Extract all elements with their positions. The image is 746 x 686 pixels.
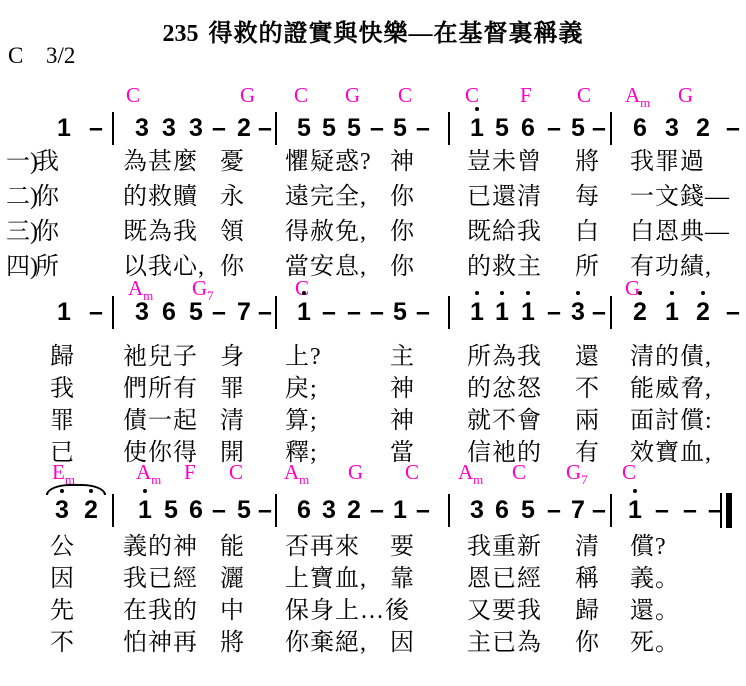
lyric-cell: 清 xyxy=(220,407,245,435)
barline xyxy=(112,296,114,329)
octave-dot xyxy=(701,291,705,295)
lyric-cell: 要 xyxy=(390,533,415,561)
duration-dash: – xyxy=(547,298,561,326)
lyric-cell: 我罪過 xyxy=(630,148,705,176)
duration-dash: – xyxy=(212,496,226,524)
chord-label: G xyxy=(348,461,363,483)
note: 7 xyxy=(571,496,585,524)
chord-label: Em xyxy=(52,461,75,483)
dash-glyph: – xyxy=(212,496,226,524)
chord-label: C xyxy=(229,461,243,483)
lyric-cell: 得赦免, xyxy=(285,218,367,246)
duration-dash: – xyxy=(592,298,606,326)
lyric-cell: 否再來 xyxy=(285,533,360,561)
chord-subscript: m xyxy=(473,472,483,487)
note-digit: 1 xyxy=(470,298,484,326)
chord-label: Am xyxy=(458,461,483,483)
note-digit: 3 xyxy=(665,114,679,142)
dash-glyph: – xyxy=(726,114,740,142)
chord-subscript: m xyxy=(151,472,161,487)
chord-label: C xyxy=(622,461,636,483)
chord-label: Am xyxy=(284,461,309,483)
note: 3 xyxy=(322,496,336,524)
dash-glyph: – xyxy=(212,114,226,142)
lyric-cell: 我已經 xyxy=(123,565,198,593)
note-digit: 2 xyxy=(633,298,647,326)
octave-dot xyxy=(60,489,64,493)
lyric-cell: 義的神 xyxy=(123,533,198,561)
note-digit: 5 xyxy=(393,298,407,326)
note-digit: 1 xyxy=(57,298,71,326)
lyric-cell: 你 xyxy=(575,629,600,657)
note: 3 xyxy=(55,496,69,524)
note: 1 xyxy=(470,114,484,142)
note-digit: 2 xyxy=(696,298,710,326)
note-digit: 6 xyxy=(521,114,535,142)
barline xyxy=(275,494,277,527)
note-digit: 7 xyxy=(237,298,251,326)
octave-dot xyxy=(89,489,93,493)
note-digit: 1 xyxy=(665,298,679,326)
lyric-cell: 效寶血, xyxy=(630,439,712,467)
verse-label: 二) xyxy=(6,183,35,211)
chord-label: F xyxy=(520,84,532,106)
duration-dash: – xyxy=(322,298,336,326)
chord-label: G xyxy=(240,84,255,106)
lyric-cell: 債一起 xyxy=(123,407,198,435)
lyric-first-syllable: 三)你 xyxy=(6,218,60,246)
dash-glyph: – xyxy=(655,496,669,524)
dash-glyph: – xyxy=(347,298,361,326)
note: 3 xyxy=(162,114,176,142)
note: 5 xyxy=(347,114,361,142)
chord-label: G xyxy=(345,84,360,106)
lyric-first-syllable: 二)你 xyxy=(6,183,60,211)
lyric-cell: 你棄絕, xyxy=(285,629,367,657)
dash-glyph: – xyxy=(212,298,226,326)
note-digit: 1 xyxy=(521,298,535,326)
dash-glyph: – xyxy=(370,496,384,524)
duration-dash: – xyxy=(89,114,103,142)
duration-dash: – xyxy=(655,496,669,524)
lyric-first-syllable: 歸 xyxy=(50,343,75,371)
lyric-cell: 豈未曾 xyxy=(467,148,542,176)
lyric-cell: 永 xyxy=(220,183,245,211)
lyric-cell: 既為我 xyxy=(123,218,198,246)
barline xyxy=(610,296,612,329)
lyric-cell: 有功績, xyxy=(630,253,712,281)
hymn-sheet: 235得救的證實與快樂—在基督裏稱義 C 3/2 CGCGCCFCAmG1–33… xyxy=(0,0,746,686)
note-digit: 3 xyxy=(189,114,203,142)
lyric-cell: 清 xyxy=(575,533,600,561)
octave-dot xyxy=(633,489,637,493)
dash-glyph: – xyxy=(726,298,740,326)
lyric-cell: 每 xyxy=(575,183,600,211)
lyric-cell: 遠完全, xyxy=(285,183,367,211)
lyric-cell: 不 xyxy=(575,375,600,403)
note-digit: 5 xyxy=(521,496,535,524)
lyric-cell: 因 xyxy=(390,629,415,657)
dash-glyph: – xyxy=(416,298,430,326)
barline xyxy=(610,112,612,145)
chord-label: G xyxy=(625,277,640,299)
dash-glyph: – xyxy=(258,496,272,524)
duration-dash: – xyxy=(212,298,226,326)
chord-label: Am xyxy=(128,277,153,299)
lyric-cell: 白 xyxy=(575,218,600,246)
note-digit: 5 xyxy=(297,114,311,142)
dash-glyph: – xyxy=(370,114,384,142)
note-digit: 5 xyxy=(164,496,178,524)
octave-dot xyxy=(500,291,504,295)
note-digit: 5 xyxy=(237,496,251,524)
barline xyxy=(275,112,277,145)
chord-label: C xyxy=(294,84,308,106)
note: 5 xyxy=(237,496,251,524)
chord-label: Am xyxy=(625,84,650,106)
note-digit: 1 xyxy=(138,496,152,524)
note: 5 xyxy=(495,114,509,142)
tie-slur xyxy=(46,484,106,495)
note: 3 xyxy=(189,114,203,142)
duration-dash: – xyxy=(416,114,430,142)
note: 6 xyxy=(297,496,311,524)
lyric-first-syllable: 不 xyxy=(50,629,75,657)
lyric-cell: 們所有 xyxy=(123,375,198,403)
duration-dash: – xyxy=(592,114,606,142)
note-digit: 5 xyxy=(189,298,203,326)
lyric-cell: 為甚麼 xyxy=(123,148,198,176)
lyric-cell: 神 xyxy=(390,148,415,176)
dash-glyph: – xyxy=(322,298,336,326)
lyric-cell: 就不會 xyxy=(467,407,542,435)
note: 1 xyxy=(665,298,679,326)
time-signature: 3/2 xyxy=(46,43,75,69)
lyric-cell: 恩已經 xyxy=(467,565,542,593)
lyric-first-syllable: 先 xyxy=(50,597,75,625)
duration-dash: – xyxy=(89,298,103,326)
note: 1 xyxy=(495,298,509,326)
lyric-cell: 將 xyxy=(575,148,600,176)
octave-dot xyxy=(576,291,580,295)
note-digit: 3 xyxy=(470,496,484,524)
dash-glyph: – xyxy=(370,298,384,326)
lyric-cell: 能威脅, xyxy=(630,375,712,403)
note: 1 xyxy=(297,298,311,326)
note: 6 xyxy=(633,114,647,142)
note-digit: 1 xyxy=(297,298,311,326)
hymn-title-text: 得救的證實與快樂—在基督裏稱義 xyxy=(209,21,584,47)
note-digit: 5 xyxy=(347,114,361,142)
lyric-first-syllable: 罪 xyxy=(50,407,75,435)
octave-dot xyxy=(638,291,642,295)
lyric-cell: 罪 xyxy=(220,375,245,403)
note: 3 xyxy=(470,496,484,524)
note-digit: 2 xyxy=(237,114,251,142)
dash-glyph: – xyxy=(416,496,430,524)
note: 5 xyxy=(164,496,178,524)
lyric-first-syllable: 我 xyxy=(50,375,75,403)
note-digit: 6 xyxy=(162,298,176,326)
note-digit: 2 xyxy=(696,114,710,142)
dash-glyph: – xyxy=(89,114,103,142)
dash-glyph: – xyxy=(592,114,606,142)
note-digit: 3 xyxy=(162,114,176,142)
note: 6 xyxy=(521,114,535,142)
note: 2 xyxy=(633,298,647,326)
note: 2 xyxy=(84,496,98,524)
note: 1 xyxy=(628,496,642,524)
final-barline-thick xyxy=(726,493,732,528)
lyric-cell: 還 xyxy=(575,343,600,371)
chord-label: G7 xyxy=(192,277,214,299)
lyric-first-syllable: 因 xyxy=(50,565,75,593)
note: 7 xyxy=(237,298,251,326)
note: 3 xyxy=(135,298,149,326)
dash-glyph: – xyxy=(592,496,606,524)
chord-label: C xyxy=(398,84,412,106)
note-digit: 6 xyxy=(297,496,311,524)
note-digit: 1 xyxy=(470,114,484,142)
note-digit: 6 xyxy=(495,496,509,524)
lyric-cell: 主已為 xyxy=(467,629,542,657)
note-digit: 6 xyxy=(633,114,647,142)
dash-glyph: – xyxy=(683,496,697,524)
lyric-cell: 的救贖 xyxy=(123,183,198,211)
note: 1 xyxy=(470,298,484,326)
dash-glyph: – xyxy=(89,298,103,326)
duration-dash: – xyxy=(416,298,430,326)
duration-dash: – xyxy=(347,298,361,326)
lyric-cell: 領 xyxy=(220,218,245,246)
lyric-cell: 已還清 xyxy=(467,183,542,211)
octave-dot xyxy=(475,107,479,111)
lyric-cell: 身 xyxy=(220,343,245,371)
lyric-cell: 你 xyxy=(390,253,415,281)
lyric-cell: 將 xyxy=(220,629,245,657)
note: 2 xyxy=(237,114,251,142)
chord-subscript: m xyxy=(640,95,650,110)
lyric-cell: 上? xyxy=(285,343,322,371)
lyric-cell: 兩 xyxy=(575,407,600,435)
note-digit: 1 xyxy=(628,496,642,524)
dash-glyph: – xyxy=(547,114,561,142)
lyric-cell: 稱 xyxy=(575,565,600,593)
note-digit: 3 xyxy=(135,298,149,326)
duration-dash: – xyxy=(370,298,384,326)
barline xyxy=(275,296,277,329)
lyric-cell: 能 xyxy=(220,533,245,561)
lyric-cell: 保身上…後 xyxy=(285,597,410,625)
final-barline-thin xyxy=(720,493,722,528)
chord-subscript: m xyxy=(299,472,309,487)
lyric-cell: 你 xyxy=(390,183,415,211)
lyric-cell: 白恩典— xyxy=(630,218,730,246)
lyric-first-syllable: 公 xyxy=(50,533,75,561)
chord-label: C xyxy=(577,84,591,106)
lyric-cell: 既給我 xyxy=(467,218,542,246)
lyric-cell: 清的債, xyxy=(630,343,712,371)
lyric-cell: 所 xyxy=(575,253,600,281)
note-digit: 5 xyxy=(495,114,509,142)
duration-dash: – xyxy=(370,496,384,524)
lyric-cell: 祂兒子 xyxy=(123,343,198,371)
barline xyxy=(112,112,114,145)
note-digit: 7 xyxy=(571,496,585,524)
barline xyxy=(112,494,114,527)
lyric-cell: 上寶血, xyxy=(285,565,367,593)
lyric-cell: 一文錢— xyxy=(630,183,730,211)
note: 5 xyxy=(393,114,407,142)
note: 1 xyxy=(138,496,152,524)
note-digit: 1 xyxy=(57,114,71,142)
chord-label: C xyxy=(465,84,479,106)
lyric-cell: 怕神再 xyxy=(123,629,198,657)
lyric-first-syllable: 四)所 xyxy=(6,253,60,281)
dash-glyph: – xyxy=(547,298,561,326)
note: 2 xyxy=(696,298,710,326)
lyric-cell: 所為我 xyxy=(467,343,542,371)
lyric-cell: 還。 xyxy=(630,597,680,625)
barline xyxy=(448,112,450,145)
chord-label: C xyxy=(405,461,419,483)
verse-label: 四) xyxy=(6,253,35,281)
lyric-cell: 神 xyxy=(390,407,415,435)
lyric-first-syllable: 一)我 xyxy=(6,148,60,176)
duration-dash: – xyxy=(212,114,226,142)
note-digit: 5 xyxy=(571,114,585,142)
duration-dash: – xyxy=(258,496,272,524)
lyric-cell: 歸 xyxy=(575,597,600,625)
lyric-cell: 的救主 xyxy=(467,253,542,281)
lyric-cell: 的忿怒 xyxy=(467,375,542,403)
lyric-cell: 憂 xyxy=(220,148,245,176)
lyric-cell: 中 xyxy=(220,597,245,625)
chord-label: F xyxy=(184,461,196,483)
note: 3 xyxy=(571,298,585,326)
lyric-cell: 戾; xyxy=(285,375,318,403)
duration-dash: – xyxy=(416,496,430,524)
lyric-cell: 又要我 xyxy=(467,597,542,625)
lyric-cell: 灑 xyxy=(220,565,245,593)
verse-label: 一) xyxy=(6,148,35,176)
lyric-cell: 面討償: xyxy=(630,407,713,435)
note: 5 xyxy=(393,298,407,326)
lyric-cell: 你 xyxy=(220,253,245,281)
lyric-cell: 靠 xyxy=(390,565,415,593)
duration-dash: – xyxy=(258,298,272,326)
octave-dot xyxy=(475,291,479,295)
lyric-cell: 算; xyxy=(285,407,318,435)
note: 5 xyxy=(322,114,336,142)
dash-glyph: – xyxy=(258,298,272,326)
note: 2 xyxy=(696,114,710,142)
duration-dash: – xyxy=(726,298,740,326)
duration-dash: – xyxy=(726,114,740,142)
dash-glyph: – xyxy=(258,114,272,142)
barline xyxy=(610,494,612,527)
note-digit: 3 xyxy=(135,114,149,142)
note: 3 xyxy=(135,114,149,142)
chord-label: Am xyxy=(136,461,161,483)
note: 1 xyxy=(57,114,71,142)
key-signature: C xyxy=(8,43,23,69)
chord-subscript: 7 xyxy=(581,472,588,487)
chord-label: G xyxy=(678,84,693,106)
octave-dot xyxy=(670,291,674,295)
note: 6 xyxy=(162,298,176,326)
duration-dash: – xyxy=(547,114,561,142)
note: 5 xyxy=(521,496,535,524)
note: 5 xyxy=(189,298,203,326)
lyric-cell: 你 xyxy=(390,218,415,246)
duration-dash: – xyxy=(370,114,384,142)
note-digit: 5 xyxy=(393,114,407,142)
note-digit: 1 xyxy=(393,496,407,524)
lyric-cell: 死。 xyxy=(630,629,680,657)
note-digit: 3 xyxy=(322,496,336,524)
note-digit: 1 xyxy=(495,298,509,326)
octave-dot xyxy=(526,291,530,295)
duration-dash: – xyxy=(258,114,272,142)
note-digit: 6 xyxy=(189,496,203,524)
hymn-title: 235得救的證實與快樂—在基督裏稱義 xyxy=(0,13,746,48)
note: 6 xyxy=(189,496,203,524)
note: 1 xyxy=(521,298,535,326)
lyric-cell: 在我的 xyxy=(123,597,198,625)
lyric-cell: 主 xyxy=(390,343,415,371)
octave-dot xyxy=(302,291,306,295)
note: 6 xyxy=(495,496,509,524)
chord-label: C xyxy=(126,84,140,106)
note: 2 xyxy=(347,496,361,524)
lyric-cell: 神 xyxy=(390,375,415,403)
lyric-cell: 償? xyxy=(630,533,667,561)
duration-dash: – xyxy=(592,496,606,524)
duration-dash: – xyxy=(547,496,561,524)
verse-label: 三) xyxy=(6,218,35,246)
octave-dot xyxy=(143,489,147,493)
note: 5 xyxy=(571,114,585,142)
barline xyxy=(448,296,450,329)
chord-label: C xyxy=(295,277,309,299)
note: 3 xyxy=(665,114,679,142)
note: 1 xyxy=(57,298,71,326)
note-digit: 3 xyxy=(55,496,69,524)
barline xyxy=(448,494,450,527)
dash-glyph: – xyxy=(592,298,606,326)
hymn-number: 235 xyxy=(163,21,199,47)
note-digit: 5 xyxy=(322,114,336,142)
lyric-cell: 義。 xyxy=(630,565,680,593)
lyric-cell: 我重新 xyxy=(467,533,542,561)
note: 1 xyxy=(393,496,407,524)
note-digit: 2 xyxy=(347,496,361,524)
duration-dash: – xyxy=(683,496,697,524)
note: 5 xyxy=(297,114,311,142)
chord-label: G7 xyxy=(566,461,588,483)
dash-glyph: – xyxy=(547,496,561,524)
lyric-cell: 懼疑惑? xyxy=(285,148,372,176)
chord-label: C xyxy=(512,461,526,483)
note-digit: 2 xyxy=(84,496,98,524)
dash-glyph: – xyxy=(416,114,430,142)
note-digit: 3 xyxy=(571,298,585,326)
